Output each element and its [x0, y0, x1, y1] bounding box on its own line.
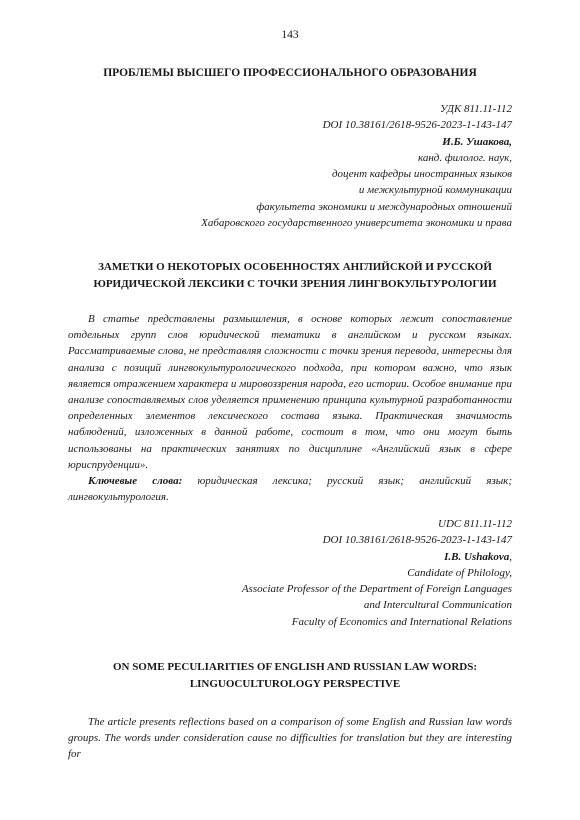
en-author-line: I.B. Ushakova, [242, 549, 512, 565]
ru-abstract-text: В статье представлены размышления, в осн… [68, 311, 512, 473]
en-udc: UDC 811.11-112 [242, 516, 512, 532]
en-author: I.B. Ushakova [444, 551, 509, 563]
ru-author: И.Б. Ушакова, [201, 134, 512, 150]
ru-title-line: ЮРИДИЧЕСКОЙ ЛЕКСИКИ С ТОЧКИ ЗРЕНИЯ ЛИНГВ… [60, 276, 530, 293]
ru-article-title: ЗАМЕТКИ О НЕКОТОРЫХ ОСОБЕННОСТЯХ АНГЛИЙС… [60, 259, 530, 293]
en-affiliation-line: Candidate of Philology, [242, 565, 512, 581]
ru-keywords: Ключевые слова: юридическая лексика; рус… [68, 473, 512, 505]
ru-doi: DOI 10.38161/2618-9526-2023-1-143-147 [201, 117, 512, 133]
ru-affiliation-line: доцент кафедры иностранных языков [201, 166, 512, 182]
en-abstract-text: The article presents reflections based o… [68, 714, 512, 763]
ru-affiliation-line: канд. филолог. наук, [201, 150, 512, 166]
ru-title-line: ЗАМЕТКИ О НЕКОТОРЫХ ОСОБЕННОСТЯХ АНГЛИЙС… [60, 259, 530, 276]
section-title: ПРОБЛЕМЫ ВЫСШЕГО ПРОФЕССИОНАЛЬНОГО ОБРАЗ… [0, 67, 580, 79]
ru-affiliation-line: Хабаровского государственного университе… [201, 215, 512, 231]
ru-affiliation-line: факультета экономики и международных отн… [201, 199, 512, 215]
ru-affiliation-line: и межкультурной коммуникации [201, 182, 512, 198]
en-article-title: ON SOME PECULIARITIES OF ENGLISH AND RUS… [60, 659, 530, 693]
ru-article-metadata: УДК 811.11-112 DOI 10.38161/2618-9526-20… [201, 101, 512, 231]
ru-keywords-label: Ключевые слова: [88, 475, 182, 487]
en-article-metadata: UDC 811.11-112 DOI 10.38161/2618-9526-20… [242, 516, 512, 630]
en-doi: DOI 10.38161/2618-9526-2023-1-143-147 [242, 532, 512, 548]
en-affiliation-line: Associate Professor of the Department of… [242, 581, 512, 597]
en-title-line: LINGUOCULTUROLOGY PERSPECTIVE [60, 676, 530, 693]
page-number: 143 [0, 29, 580, 41]
en-affiliation-line: and Intercultural Communication [242, 597, 512, 613]
en-title-line: ON SOME PECULIARITIES OF ENGLISH AND RUS… [60, 659, 530, 676]
en-author-suffix: , [509, 551, 512, 563]
en-abstract: The article presents reflections based o… [68, 714, 512, 763]
en-affiliation-line: Faculty of Economics and International R… [242, 614, 512, 630]
ru-abstract: В статье представлены размышления, в осн… [68, 311, 512, 505]
ru-udc: УДК 811.11-112 [201, 101, 512, 117]
